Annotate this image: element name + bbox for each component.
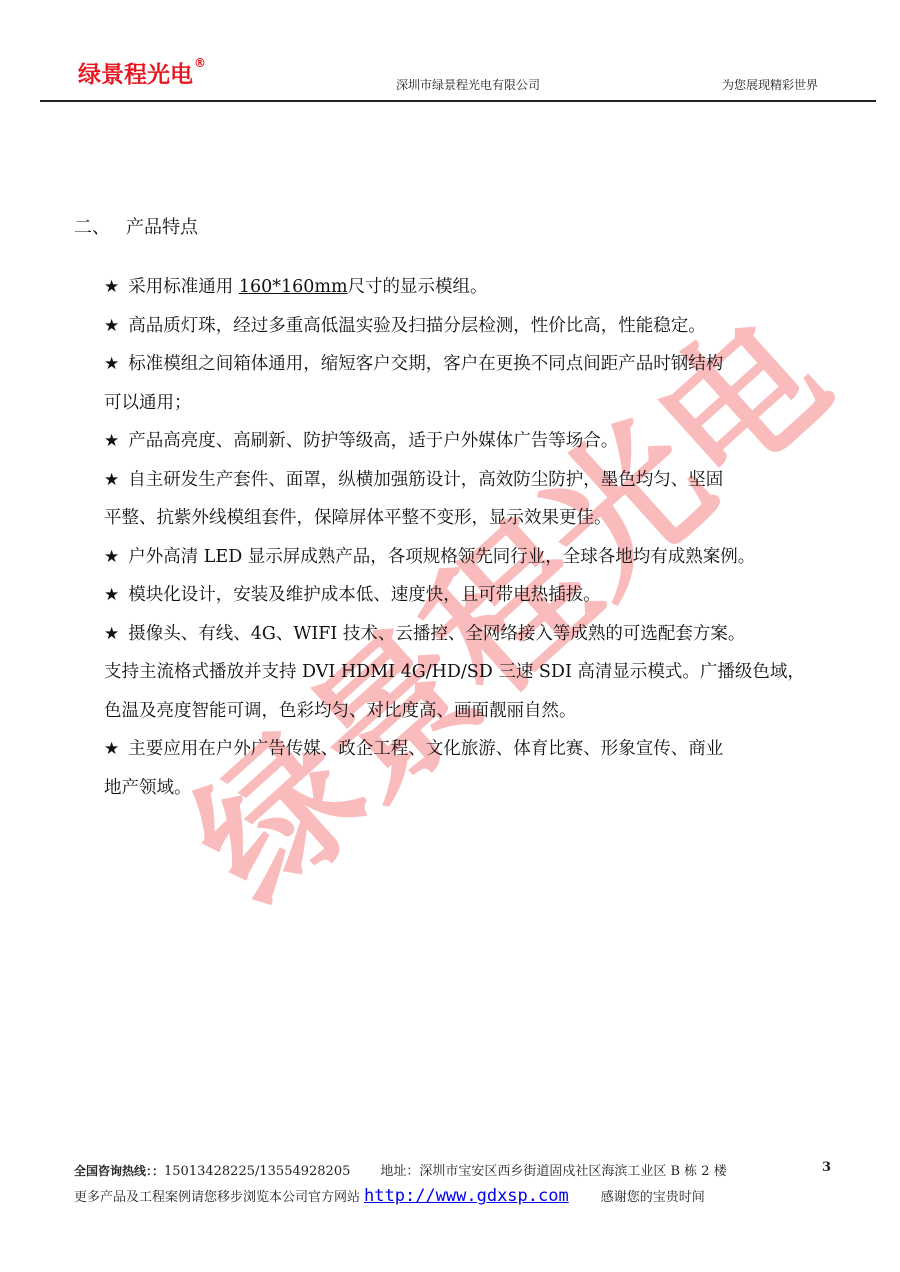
feature-text: 户外高清 LED 显示屏成熟产品，各项规格领先同行业，全球各地均有成熟案例。	[128, 547, 755, 567]
feature-text: 模块化设计，安装及维护成本低、速度快，且可带电热插拔。	[128, 585, 601, 605]
hotline-label: 全国咨询热线：：	[74, 1164, 164, 1178]
feature-item: ★高品质灯珠，经过多重高低温实验及扫描分层检测，性价比高，性能稳定。	[104, 307, 864, 346]
star-bullet-icon: ★	[104, 585, 119, 605]
section-heading: 二、产品特点	[74, 213, 198, 239]
feature-item: ★标准模组之间箱体通用，缩短客户交期，客户在更换不同点间距产品时钢结构	[104, 345, 864, 384]
feature-item: ★自主研发生产套件、面罩，纵横加强筋设计，高效防尘防护，墨色均匀、坚固	[104, 461, 864, 500]
feature-item: ★户外高清 LED 显示屏成熟产品，各项规格领先同行业，全球各地均有成熟案例。	[104, 538, 864, 577]
company-address: 地址：深圳市宝安区西乡街道固戍社区海滨工业区 B 栋 2 楼	[380, 1164, 726, 1179]
star-bullet-icon: ★	[104, 354, 119, 374]
footer-contact-line: 全国咨询热线：：15013428225/13554928205地址：深圳市宝安区…	[74, 1160, 727, 1179]
feature-continuation: 平整、抗紫外线模组套件，保障屏体平整不变形，显示效果更佳。	[104, 499, 864, 538]
company-logo: 绿景程光电®	[78, 56, 206, 89]
footer-website-line: 更多产品及工程案例请您移步浏览本公司官方网站http://www.gdxsp.c…	[74, 1186, 705, 1206]
feature-text: 尺寸的显示模组。	[348, 277, 488, 297]
feature-text: 地产领域。	[104, 778, 192, 798]
more-info-text: 更多产品及工程案例请您移步浏览本公司官方网站	[74, 1190, 360, 1205]
page-number: 3	[822, 1160, 831, 1175]
feature-text: 产品高亮度、高刷新、防护等级高，适于户外媒体广告等场合。	[128, 431, 618, 451]
star-bullet-icon: ★	[104, 547, 119, 567]
slogan: 为您展现精彩世界	[722, 76, 818, 93]
hotline-number: 15013428225/13554928205	[164, 1164, 350, 1179]
feature-text: 可以通用；	[104, 393, 192, 413]
star-bullet-icon: ★	[104, 739, 119, 759]
feature-text: 支持主流格式播放并支持 DVI HDMI 4G/HD/SD 三速 SDI 高清显…	[104, 662, 805, 682]
feature-text: 主要应用在户外广告传媒、政企工程、文化旅游、体育比赛、形象宣传、商业	[128, 739, 723, 759]
feature-item: ★主要应用在户外广告传媒、政企工程、文化旅游、体育比赛、形象宣传、商业	[104, 730, 864, 769]
star-bullet-icon: ★	[104, 470, 119, 490]
feature-item: ★产品高亮度、高刷新、防护等级高，适于户外媒体广告等场合。	[104, 422, 864, 461]
feature-text: 采用标准通用	[128, 277, 239, 297]
star-bullet-icon: ★	[104, 431, 119, 451]
feature-continuation: 可以通用；	[104, 384, 864, 423]
feature-text: 高品质灯珠，经过多重高低温实验及扫描分层检测，性价比高，性能稳定。	[128, 316, 706, 336]
feature-text: 平整、抗紫外线模组套件，保障屏体平整不变形，显示效果更佳。	[104, 508, 612, 528]
page-header: 绿景程光电® 深圳市绿景程光电有限公司 为您展现精彩世界	[40, 0, 876, 102]
header-divider	[40, 100, 876, 102]
feature-item: ★采用标准通用 160*160mm尺寸的显示模组。	[104, 268, 864, 307]
logo-text: 绿景程光电	[78, 62, 193, 88]
feature-item: ★摄像头、有线、4G、WIFI 技术、云播控、全网络接入等成熟的可选配套方案。	[104, 615, 864, 654]
feature-continuation: 色温及亮度智能可调，色彩均匀、对比度高、画面靓丽自然。	[104, 692, 864, 731]
section-title: 产品特点	[126, 217, 198, 238]
feature-item: ★模块化设计，安装及维护成本低、速度快，且可带电热插拔。	[104, 576, 864, 615]
feature-text: 摄像头、有线、4G、WIFI 技术、云播控、全网络接入等成熟的可选配套方案。	[128, 624, 745, 644]
feature-continuation: 支持主流格式播放并支持 DVI HDMI 4G/HD/SD 三速 SDI 高清显…	[104, 653, 864, 692]
star-bullet-icon: ★	[104, 277, 119, 297]
feature-list: ★采用标准通用 160*160mm尺寸的显示模组。 ★高品质灯珠，经过多重高低温…	[104, 268, 864, 807]
registered-mark-icon: ®	[194, 56, 206, 70]
section-number: 二、	[74, 213, 126, 239]
star-bullet-icon: ★	[104, 624, 119, 644]
thanks-text: 感谢您的宝贵时间	[601, 1190, 705, 1205]
module-size: 160*160mm	[239, 277, 348, 297]
feature-continuation: 地产领域。	[104, 769, 864, 808]
company-name: 深圳市绿景程光电有限公司	[396, 76, 540, 93]
star-bullet-icon: ★	[104, 316, 119, 336]
feature-text: 标准模组之间箱体通用，缩短客户交期，客户在更换不同点间距产品时钢结构	[128, 354, 723, 374]
website-link[interactable]: http://www.gdxsp.com	[364, 1186, 569, 1206]
feature-text: 自主研发生产套件、面罩，纵横加强筋设计，高效防尘防护，墨色均匀、坚固	[128, 470, 723, 490]
feature-text: 色温及亮度智能可调，色彩均匀、对比度高、画面靓丽自然。	[104, 701, 577, 721]
